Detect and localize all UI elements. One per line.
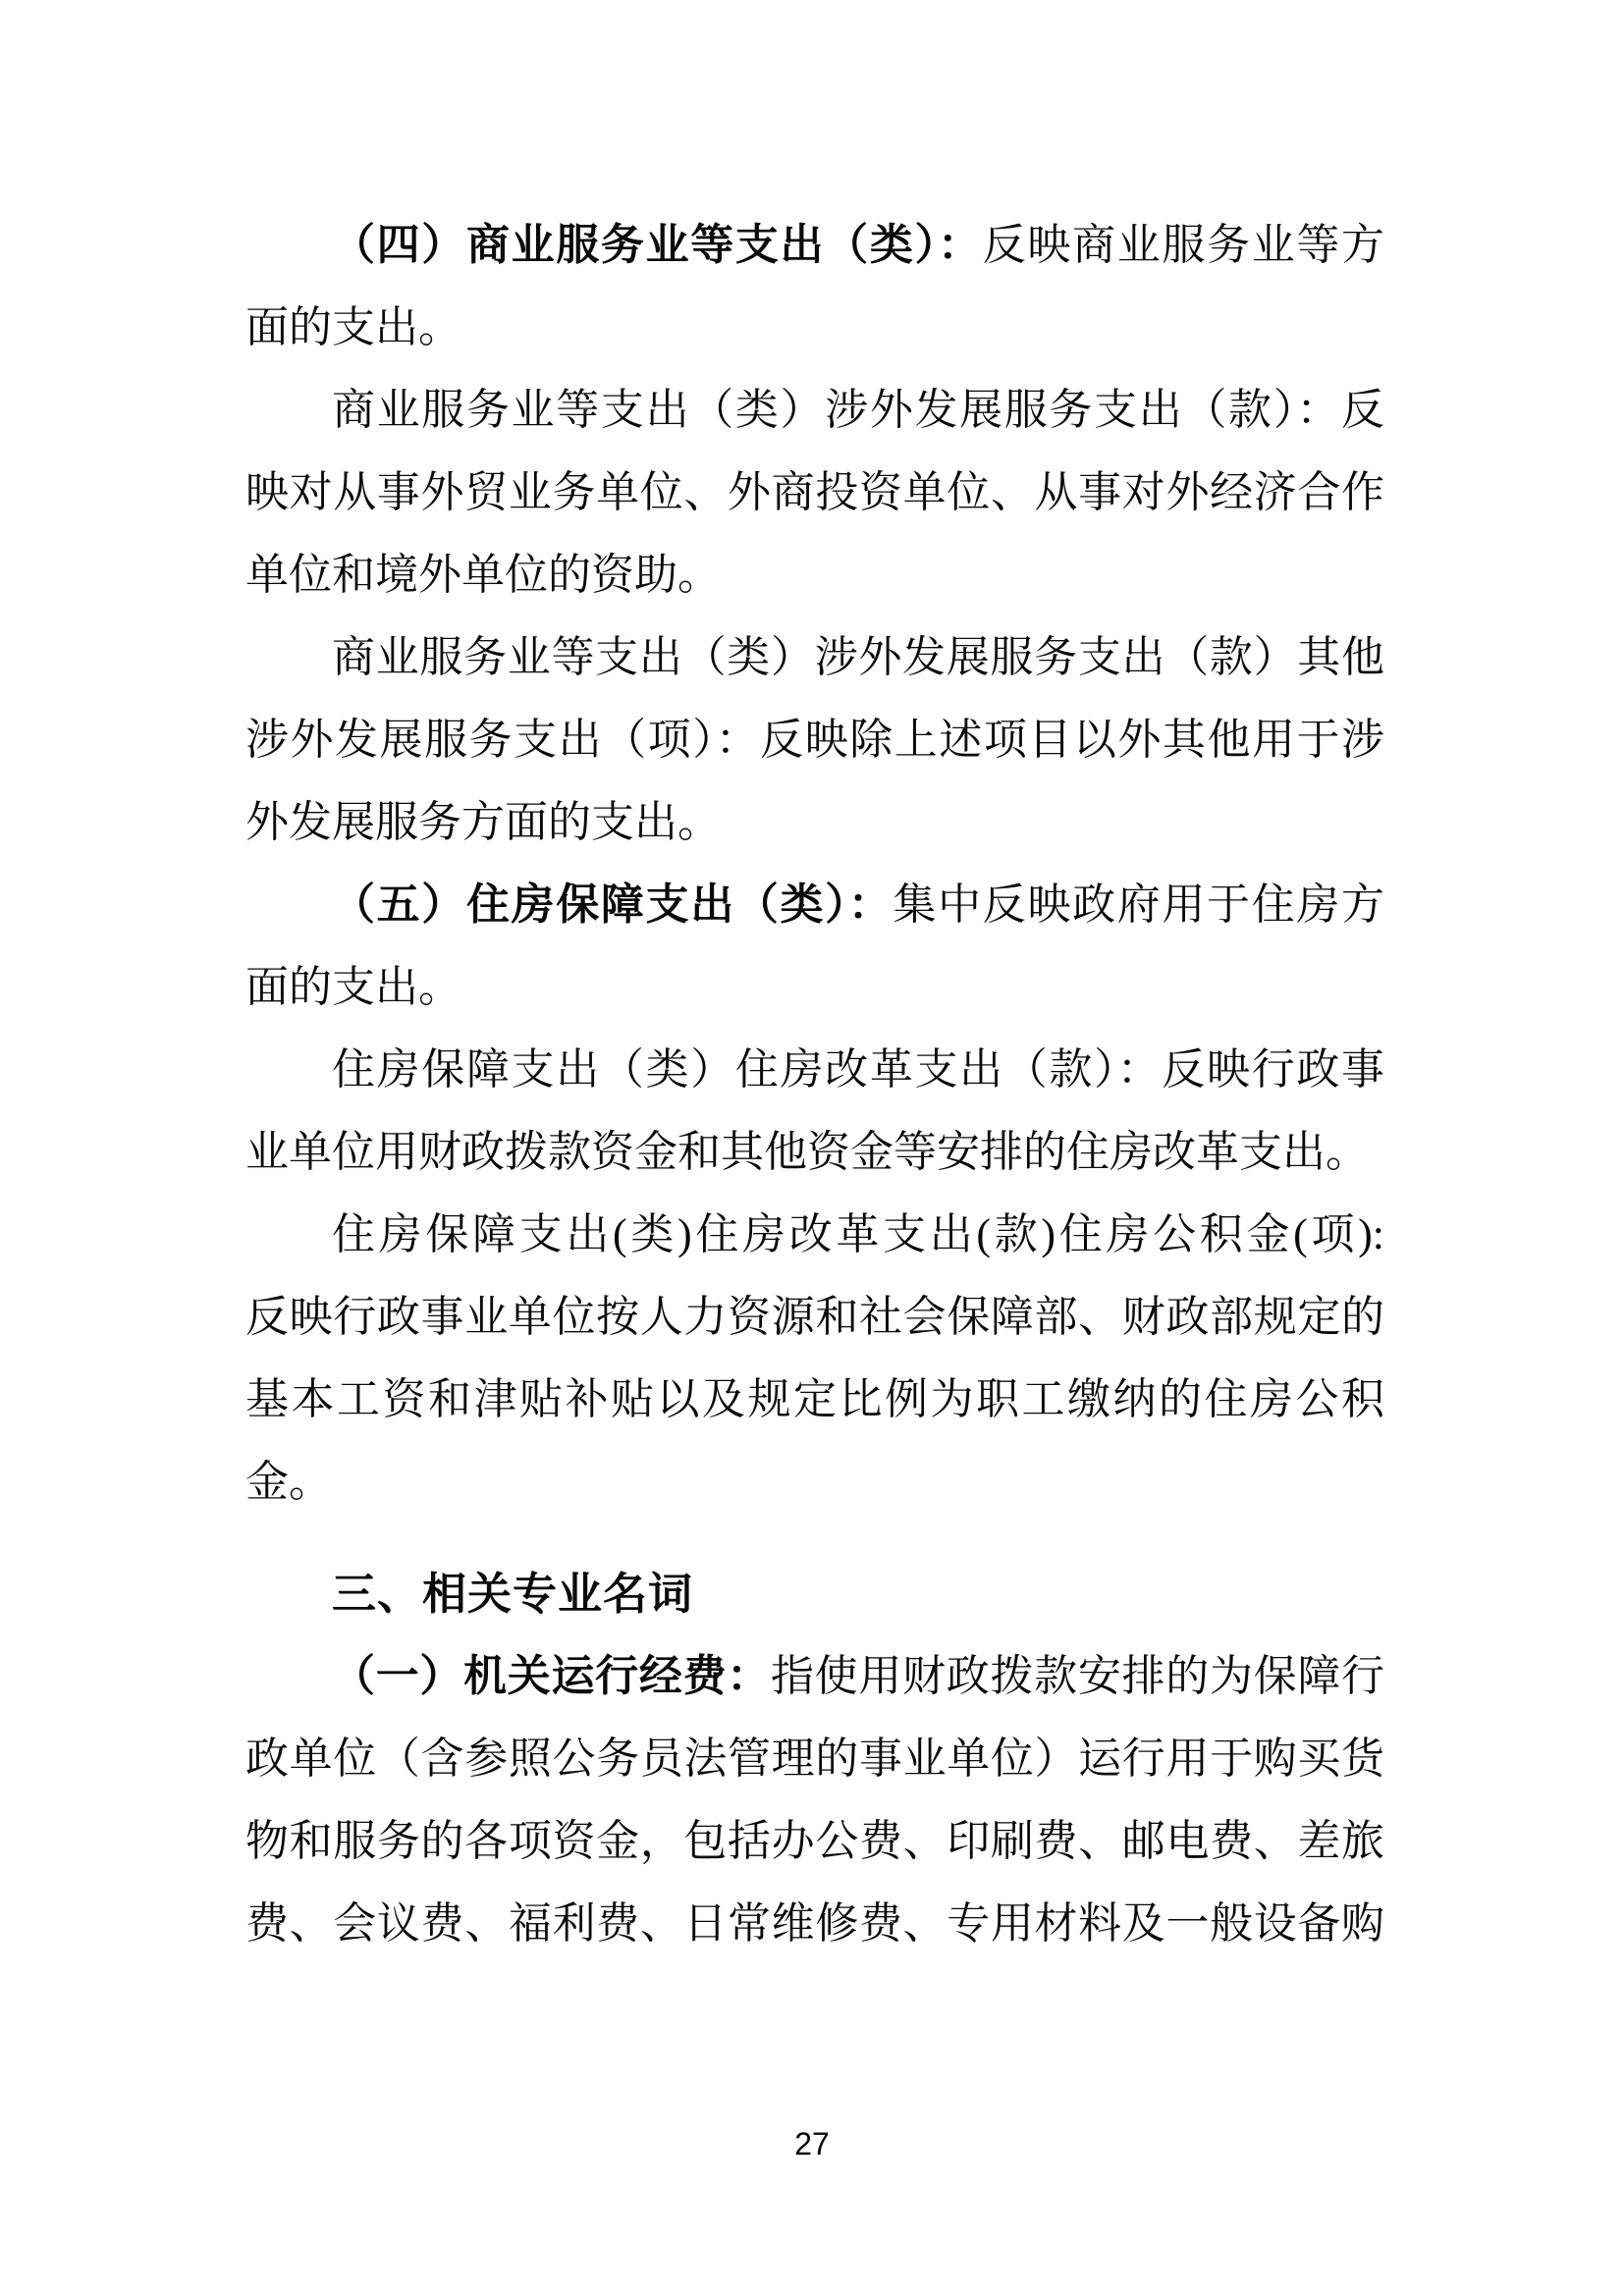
- paragraph: 商业服务业等支出（类）涉外发展服务支出（款）：反映对从事外贸业务单位、外商投资单…: [245, 369, 1384, 616]
- paragraph-line: 费、会议费、福利费、日常维修费、专用材料及一般设备购: [245, 1883, 1384, 1965]
- paragraph-line: （一）机关运行经费：指使用财政拨款安排的为保障行: [245, 1635, 1384, 1718]
- paragraph-line: 外发展服务方面的支出。: [245, 781, 1384, 864]
- paragraph-line: 物和服务的各项资金，包括办公费、印刷费、邮电费、差旅: [245, 1800, 1384, 1883]
- paragraph-line: 住房保障支出（类）住房改革支出（款）：反映行政事: [245, 1029, 1384, 1111]
- paragraph-line: 政单位（含参照公务员法管理的事业单位）运行用于购买货: [245, 1718, 1384, 1800]
- paragraph: 住房保障支出（类）住房改革支出（款）：反映行政事业单位用财政拨款资金和其他资金等…: [245, 1029, 1384, 1194]
- paragraph: （五）住房保障支出（类）：集中反映政府用于住房方面的支出。: [245, 864, 1384, 1029]
- paragraph-line: 面的支出。: [245, 287, 1384, 369]
- paragraph-lead: （五）住房保障支出（类）：: [332, 881, 893, 929]
- document-page: （四）商业服务业等支出（类）：反映商业服务业等方面的支出。商业服务业等支出（类）…: [0, 0, 1624, 2296]
- page-number: 27: [0, 2126, 1624, 2163]
- section-heading: 三、相关专业名词: [245, 1553, 1384, 1635]
- paragraph-line: 商业服务业等支出（类）涉外发展服务支出（款）：反: [245, 369, 1384, 452]
- paragraph: （一）机关运行经费：指使用财政拨款安排的为保障行政单位（含参照公务员法管理的事业…: [245, 1635, 1384, 1965]
- paragraph-line: （五）住房保障支出（类）：集中反映政府用于住房方: [245, 864, 1384, 946]
- paragraph-line: 金。: [245, 1441, 1384, 1523]
- paragraph-line: 业单位用财政拨款资金和其他资金等安排的住房改革支出。: [245, 1111, 1384, 1194]
- paragraph-line: 商业服务业等支出（类）涉外发展服务支出（款）其他: [245, 616, 1384, 699]
- paragraph-lead: （四）商业服务业等支出（类）：: [332, 221, 983, 269]
- document-body: （四）商业服务业等支出（类）：反映商业服务业等方面的支出。商业服务业等支出（类）…: [245, 204, 1384, 1965]
- paragraph: （四）商业服务业等支出（类）：反映商业服务业等方面的支出。: [245, 204, 1384, 369]
- paragraph-line: 反映行政事业单位按人力资源和社会保障部、财政部规定的: [245, 1276, 1384, 1359]
- paragraph-line: 单位和境外单位的资助。: [245, 534, 1384, 616]
- paragraph-line: 映对从事外贸业务单位、外商投资单位、从事对外经济合作: [245, 452, 1384, 534]
- paragraph: 商业服务业等支出（类）涉外发展服务支出（款）其他涉外发展服务支出（项）：反映除上…: [245, 616, 1384, 864]
- paragraph-line: 基本工资和津贴补贴以及规定比例为职工缴纳的住房公积: [245, 1359, 1384, 1441]
- paragraph-line: 涉外发展服务支出（项）：反映除上述项目以外其他用于涉: [245, 699, 1384, 781]
- paragraph-lead: （一）机关运行经费：: [332, 1652, 771, 1700]
- paragraph-line: （四）商业服务业等支出（类）：反映商业服务业等方: [245, 204, 1384, 287]
- paragraph: 住房保障支出(类)住房改革支出(款)住房公积金(项):反映行政事业单位按人力资源…: [245, 1194, 1384, 1523]
- paragraph-line: 住房保障支出(类)住房改革支出(款)住房公积金(项):: [245, 1194, 1384, 1276]
- paragraph-line: 面的支出。: [245, 946, 1384, 1029]
